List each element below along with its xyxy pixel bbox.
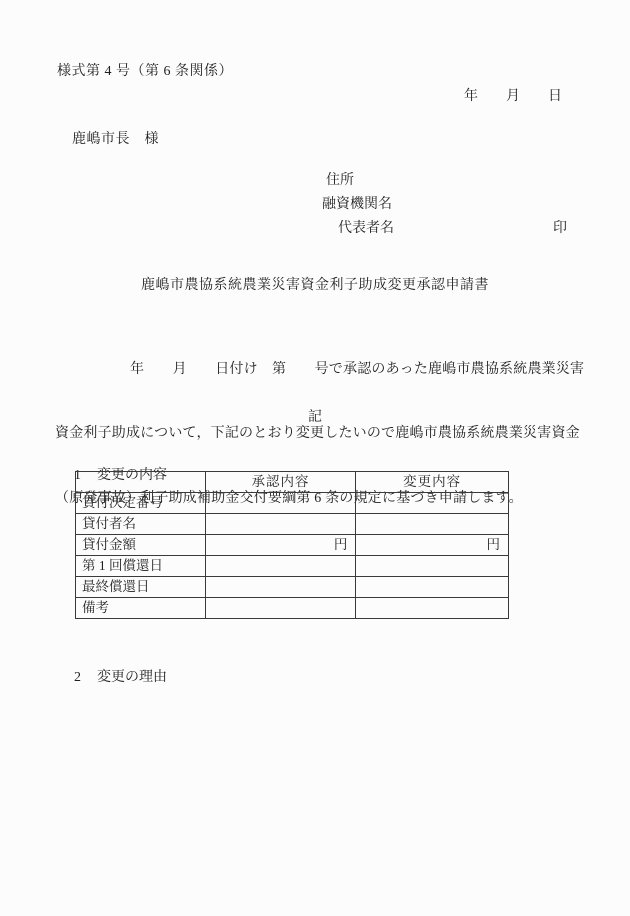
record-mark: 記 (0, 408, 630, 428)
row-label-first-repayment-date: 第 1 回償還日 (76, 556, 206, 577)
header-blank-cell (76, 472, 206, 493)
section-2-title: 変更の理由 (97, 670, 167, 685)
approved-value-cell (205, 493, 356, 514)
section-2-heading: 2変更の理由 (60, 648, 167, 709)
table-row: 貸付金額 円 円 (76, 535, 509, 556)
changed-value-cell (356, 598, 509, 619)
table-row: 貸付者名 (76, 514, 509, 535)
row-label-lender-name: 貸付者名 (76, 514, 206, 535)
approved-value-cell (205, 598, 356, 619)
approved-value-cell (205, 556, 356, 577)
row-label-final-repayment-date: 最終償還日 (76, 577, 206, 598)
section-2-number: 2 (74, 668, 97, 688)
approved-yen-cell: 円 (205, 535, 356, 556)
approved-value-cell (205, 577, 356, 598)
changed-value-cell (356, 493, 509, 514)
changed-value-cell (356, 577, 509, 598)
approved-value-cell (205, 514, 356, 535)
representative-label: 代表者名 (338, 219, 394, 239)
body-line-1: 年 月 日付け 第 号で承認のあった鹿嶋市農協系統農業災害 (55, 358, 579, 382)
changed-yen-cell: 円 (356, 535, 509, 556)
header-approved-content: 承認内容 (205, 472, 356, 493)
form-number: 様式第 4 号（第 6 条関係） (57, 62, 233, 82)
table-row: 最終償還日 (76, 577, 509, 598)
table-row: 備考 (76, 598, 509, 619)
change-content-table: 承認内容 変更内容 貸付決定番号 貸付者名 貸付金額 円 円 第 1 回償還日 … (75, 471, 509, 619)
changed-value-cell (356, 556, 509, 577)
date-line: 年 月 日 (464, 87, 562, 107)
address-label: 住所 (326, 171, 354, 191)
changed-value-cell (356, 514, 509, 535)
row-label-loan-decision-number: 貸付決定番号 (76, 493, 206, 514)
table-row: 貸付決定番号 (76, 493, 509, 514)
header-changed-content: 変更内容 (356, 472, 509, 493)
institution-label: 融資機関名 (322, 195, 392, 215)
document-page: 様式第 4 号（第 6 条関係） 年 月 日 鹿嶋市長 様 住所 融資機関名 代… (0, 0, 630, 916)
document-title: 鹿嶋市農協系統農業災害資金利子助成変更承認申請書 (0, 276, 630, 296)
seal-label: 印 (553, 219, 567, 239)
recipient-line: 鹿嶋市長 様 (72, 130, 159, 150)
table-header-row: 承認内容 変更内容 (76, 472, 509, 493)
row-label-remarks: 備考 (76, 598, 206, 619)
row-label-loan-amount: 貸付金額 (76, 535, 206, 556)
table-row: 第 1 回償還日 (76, 556, 509, 577)
